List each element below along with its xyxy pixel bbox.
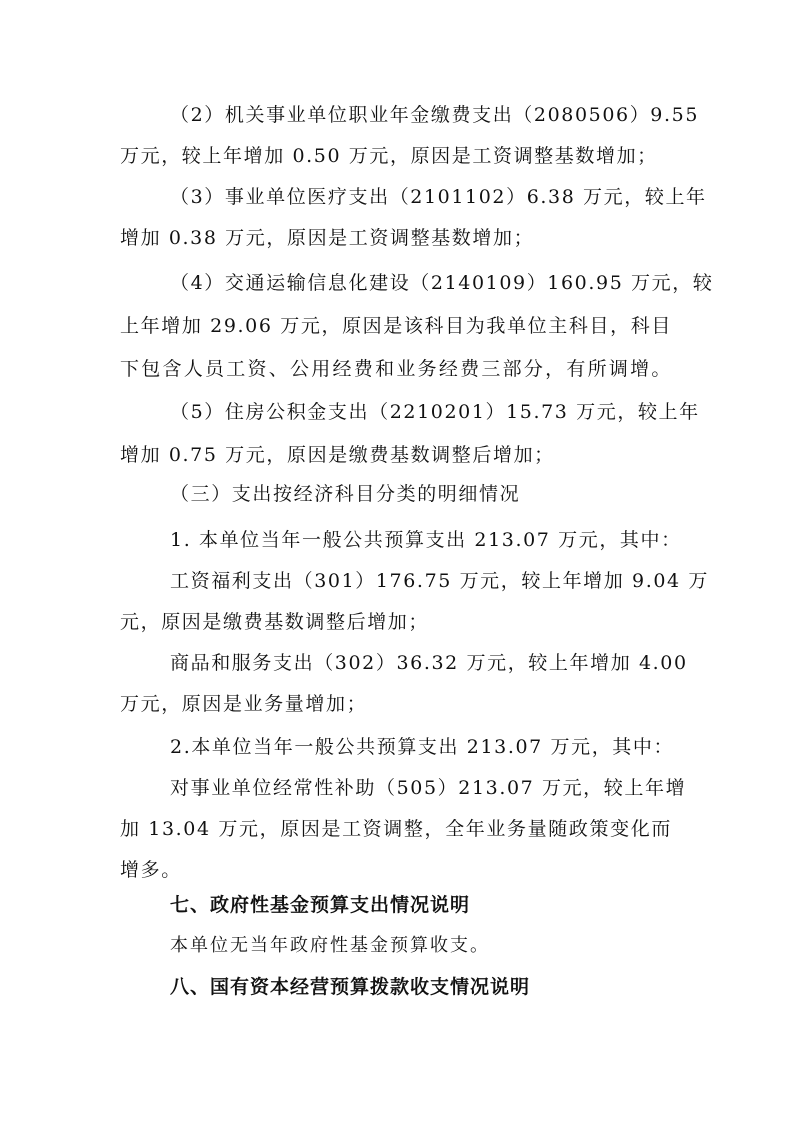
section-heading-eight: 八、国有资本经营预算拨款收支情况说明 [170, 975, 530, 999]
paragraph-line: （2）机关事业单位职业年金缴费支出（2080506）9.55 [170, 103, 672, 127]
subsection-heading: （三）支出按经济科目分类的明细情况 [170, 482, 520, 506]
paragraph-line: 万元，较上年增加 0.50 万元，原因是工资调整基数增加； [120, 144, 658, 168]
paragraph-line: 1. 本单位当年一般公共预算支出 213.07 万元，其中： [170, 528, 682, 552]
paragraph-line: 对事业单位经常性补助（505）213.07 万元，较上年增 [170, 776, 672, 800]
paragraph-line: （4）交通运输信息化建设（2140109）160.95 万元，较 [170, 271, 672, 295]
section-heading-seven: 七、政府性基金预算支出情况说明 [170, 893, 470, 917]
paragraph-line: 商品和服务支出（302）36.32 万元，较上年增加 4.00 [170, 651, 672, 675]
paragraph-line: 增加 0.38 万元，原因是工资调整基数增加； [120, 226, 534, 250]
paragraph-line: 增多。 [120, 858, 182, 882]
paragraph-line: 元，原因是缴费基数调整后增加； [120, 610, 429, 634]
paragraph-line: 2.本单位当年一般公共预算支出 213.07 万元，其中： [170, 735, 674, 759]
paragraph-line: （3）事业单位医疗支出（2101102）6.38 万元，较上年 [170, 185, 672, 209]
paragraph-line: 上年增加 29.06 万元，原因是该科目为我单位主科目，科目 [120, 314, 672, 338]
paragraph-line: 增加 0.75 万元，原因是缴费基数调整后增加； [120, 443, 555, 467]
paragraph-line: 工资福利支出（301）176.75 万元，较上年增加 9.04 万 [170, 569, 672, 593]
section-body-seven: 本单位无当年政府性基金预算收支。 [170, 934, 490, 958]
paragraph-line: （5）住房公积金支出（2210201）15.73 万元，较上年 [170, 400, 672, 424]
paragraph-line: 万元，原因是业务量增加； [120, 692, 367, 716]
paragraph-line: 加 13.04 万元，原因是工资调整，全年业务量随政策变化而 [120, 817, 672, 841]
paragraph-line: 下包含人员工资、公用经费和业务经费三部分，有所调增。 [120, 357, 672, 381]
document-page: （2）机关事业单位职业年金缴费支出（2080506）9.55 万元，较上年增加 … [0, 0, 793, 1122]
